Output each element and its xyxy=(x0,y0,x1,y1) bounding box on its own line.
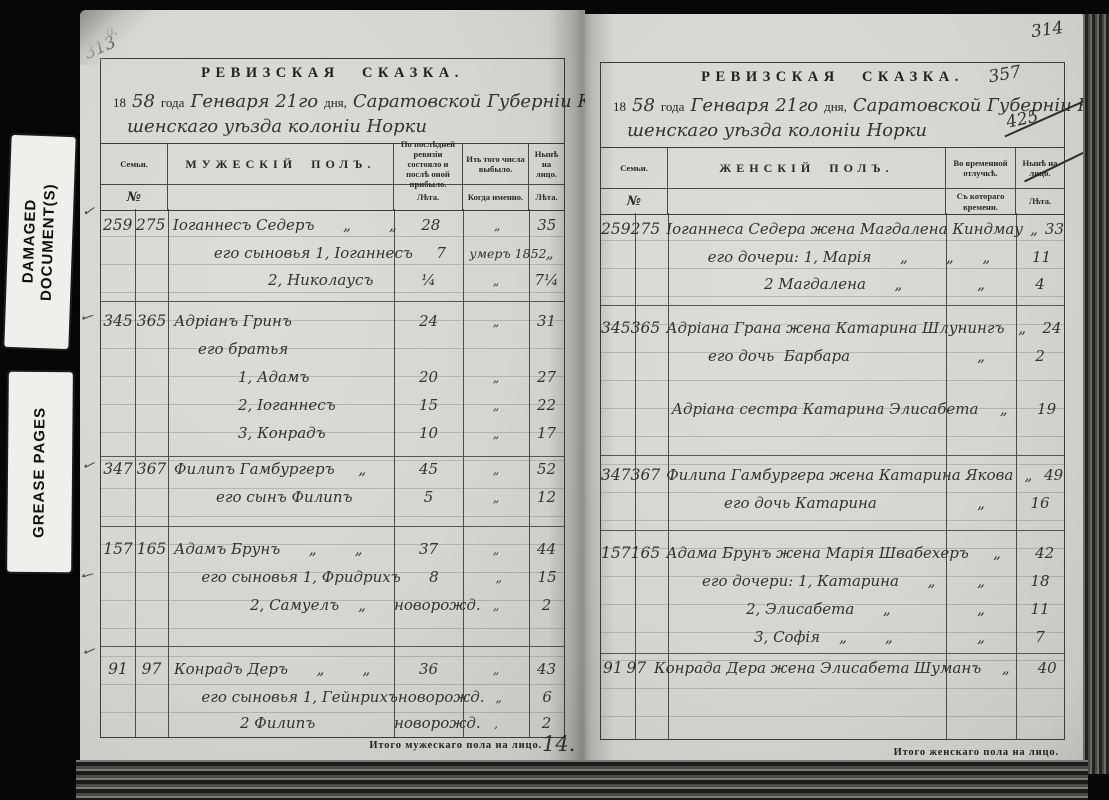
subheader-since-when: Съ котораго времени. xyxy=(946,189,1016,214)
group-separator-rule xyxy=(101,301,564,302)
record-row: его дочь Катарина„16 xyxy=(601,489,1064,517)
person-name: 3, Софія „ „ xyxy=(668,628,946,646)
header-departed: Изъ того числа выбыло. xyxy=(463,144,529,184)
left-page: 313 6. ✓ ✓ ✓ ✓ ✓ РЕВИЗСКАЯ СКАЗКА. 18 58… xyxy=(80,10,585,762)
departure-note: умеръ 1852 xyxy=(469,246,535,261)
departure-note: „ xyxy=(463,426,529,441)
record-row: 157165Адамъ Брунъ „ „37„44 xyxy=(101,535,564,563)
age-now: 2 xyxy=(529,714,564,732)
record-row: 9197Конрада Дера жена Элисабета Шуманъ„4… xyxy=(601,654,1064,682)
absence-note: „ xyxy=(946,600,1016,618)
check-mark: ✓ xyxy=(81,201,96,221)
handwritten-year: 58 xyxy=(632,95,655,116)
female-records-body: 259275Іоганнеса Седера жена Магдалена Ки… xyxy=(601,213,1064,739)
person-name: Адріана Грана жена Катарина Шлунингъ xyxy=(660,319,1004,337)
person-name: его братья xyxy=(168,340,394,358)
record-row: 347367Филипъ Гамбургеръ „45„52 xyxy=(101,455,564,483)
date-line: 18 58 года Генваря 21го дня, Саратовской… xyxy=(613,95,1058,121)
printed-year-prefix: 18 xyxy=(613,99,626,115)
person-name: Адамъ Брунъ „ „ xyxy=(168,540,394,558)
absence-note: „ xyxy=(946,347,1016,365)
record-row: 2, Элисабета „„11 xyxy=(601,595,1064,623)
check-mark: ✓ xyxy=(80,454,98,475)
departure-note: „ xyxy=(463,398,529,413)
age-now: 22 xyxy=(529,396,564,414)
absence-note: „ xyxy=(981,659,1030,677)
record-row: 259275Іоганнеса Седера жена Магдалена Ки… xyxy=(601,215,1064,243)
age-now: 43 xyxy=(529,660,564,678)
group-separator-rule xyxy=(601,455,1064,456)
person-name: 2, Самуелъ „ xyxy=(168,596,394,614)
departure-note: „ xyxy=(463,598,529,613)
person-name: Адріанъ Гринъ xyxy=(168,312,394,330)
person-name: 1, Адамъ xyxy=(168,368,394,386)
absence-note: „ xyxy=(1013,466,1043,484)
family-number-old: 347 xyxy=(601,466,631,484)
table-header: Семьи. ЖЕНСКІЙ ПОЛЪ. Во временной отлучк… xyxy=(601,147,1064,215)
age-now: 42 xyxy=(1025,544,1064,562)
departure-note: „ xyxy=(463,542,529,557)
subheader-number: № xyxy=(101,185,168,210)
absence-note: „ xyxy=(1023,220,1045,238)
family-number-old: 347 xyxy=(101,460,135,478)
record-row: его сыновья 1, Фридрихъ8„15 xyxy=(101,563,564,591)
header-family: Семьи. xyxy=(601,148,668,188)
person-name: 2, Николаусъ xyxy=(168,271,394,289)
check-mark: ✓ xyxy=(79,640,97,661)
age-now: 2 xyxy=(529,596,564,614)
age-now: 44 xyxy=(529,540,564,558)
person-name: его сыновья 1, Фридрихъ xyxy=(165,568,400,586)
age-now: 18 xyxy=(1016,572,1064,590)
person-name: его дочь Барбара xyxy=(668,347,946,365)
family-number-old: 91 xyxy=(601,659,625,677)
family-number-new: 367 xyxy=(135,460,168,478)
departure-note: „ xyxy=(467,570,530,585)
group-separator-rule xyxy=(101,646,564,647)
check-mark: ✓ xyxy=(77,306,96,328)
handwritten-year: 58 xyxy=(132,91,155,112)
subheader-number: № xyxy=(601,189,668,214)
handwritten-place-1: Саратовской Губерніи Камы- xyxy=(853,95,1109,116)
age-now: 49 xyxy=(1043,466,1064,484)
handwritten-place-2: шенскаго уѣзда колоніи Норки xyxy=(627,120,927,144)
record-row: 347367Филипа Гамбургера жена Катарина Як… xyxy=(601,461,1064,489)
record-row: 2 Филипъноворожд.,2 xyxy=(101,709,564,737)
age-at-last-revision: 5 xyxy=(394,488,463,506)
header-temporary-absence: Во временной отлучкѣ. xyxy=(946,148,1016,188)
age-at-last-revision: новорожд. xyxy=(394,596,463,614)
family-number-old: 91 xyxy=(101,660,135,678)
scanned-book-page: DAMAGED DOCUMENT(S) GREASE PAGES 313 6. … xyxy=(0,0,1109,800)
subheader-years-now: Лѣта. xyxy=(529,185,564,210)
age-now: 17 xyxy=(529,424,564,442)
printed-goda: года xyxy=(161,95,185,111)
date-line: 18 58 года Генваря 21го дня, Саратовской… xyxy=(113,91,558,117)
age-now: „ xyxy=(535,244,564,262)
age-now: 15 xyxy=(530,568,564,586)
record-row: его дочери: 1, Катарина „„18 xyxy=(601,567,1064,595)
header-now-present: Нынѣ на лицо. xyxy=(529,144,564,184)
subheader-blank xyxy=(668,189,946,214)
header-now-present: Нынѣ на лицо. xyxy=(1016,148,1064,188)
family-number-new: 367 xyxy=(631,466,661,484)
family-number-new: 275 xyxy=(631,220,661,238)
age-at-last-revision: 24 xyxy=(394,312,463,330)
record-row: 157165Адама Брунъ жена Марія Швабехеръ„4… xyxy=(601,539,1064,567)
grease-pages-tab: GREASE PAGES xyxy=(7,372,73,573)
person-name: его сыновья 1, Іоганнесъ xyxy=(156,244,413,262)
page-title: РЕВИЗСКАЯ СКАЗКА. xyxy=(101,65,564,82)
departure-note: „ xyxy=(463,490,529,505)
record-row: его братья xyxy=(101,335,564,363)
age-now: 2 xyxy=(1016,347,1064,365)
person-name: Іоганнеса Седера жена Магдалена Киндмау xyxy=(660,220,1023,238)
subheader-blank xyxy=(168,185,394,210)
age-now: 33 xyxy=(1045,220,1064,238)
departure-note: „ xyxy=(463,314,529,329)
female-total-label: Итого женскаго пола на лицо. xyxy=(847,747,1059,758)
absence-note: „ xyxy=(946,572,1016,590)
age-at-last-revision: 36 xyxy=(394,660,463,678)
person-name: Филипъ Гамбургеръ „ xyxy=(168,460,394,478)
family-number-new: 365 xyxy=(631,319,661,337)
book-page-edges-right xyxy=(1083,14,1109,774)
check-mark: ✓ xyxy=(77,564,97,586)
book-page-edges-bottom xyxy=(76,760,1088,800)
family-number-old: 259 xyxy=(101,216,134,234)
family-number-new: 365 xyxy=(135,312,168,330)
age-now: 19 xyxy=(1029,400,1064,418)
departure-note: , xyxy=(463,716,529,731)
person-name: Адама Брунъ жена Марія Швабехеръ xyxy=(660,544,969,562)
family-number-old: 157 xyxy=(101,540,135,558)
handwritten-place-2: шенскаго уѣзда колоніи Норки xyxy=(127,116,427,140)
age-at-last-revision: 10 xyxy=(394,424,463,442)
age-now: 11 xyxy=(1019,248,1064,266)
person-name: его дочери: 1, Марія „ „ xyxy=(664,248,954,266)
table-header: Семьи. МУЖЕСКІЙ ПОЛЪ. По послѣдней ревиз… xyxy=(101,143,564,211)
age-at-last-revision: 45 xyxy=(394,460,463,478)
age-at-last-revision: новорожд. xyxy=(394,714,463,732)
absence-note: „ xyxy=(946,494,1016,512)
group-separator-rule xyxy=(601,530,1064,531)
record-row: 345365Адріанъ Гринъ24„31 xyxy=(101,307,564,335)
record-row: 345365Адріана Грана жена Катарина Шлунин… xyxy=(601,314,1064,342)
person-name: 2 Филипъ xyxy=(168,714,394,732)
record-row: 2, Іоганнесъ15„22 xyxy=(101,391,564,419)
age-at-last-revision: 20 xyxy=(394,368,463,386)
record-row: 259275Іоганнесъ Седеръ „ „28„35 xyxy=(101,211,564,239)
female-revision-table: РЕВИЗСКАЯ СКАЗКА. 18 58 года Генваря 21г… xyxy=(600,62,1065,740)
record-row: его сынъ Филипъ5„12 xyxy=(101,483,564,511)
age-now: 31 xyxy=(529,312,564,330)
header-male-sex: МУЖЕСКІЙ ПОЛЪ. xyxy=(168,144,394,184)
handwritten-month-day: Генваря 21го xyxy=(190,91,318,112)
absence-note: „ xyxy=(1005,319,1040,337)
record-row: 2, Самуелъ „новорожд.„2 xyxy=(101,591,564,619)
departure-note: „ xyxy=(467,690,530,705)
departure-note: „ xyxy=(465,218,530,233)
person-name: его дочь Катарина xyxy=(668,494,946,512)
age-now: 40 xyxy=(1030,659,1064,677)
handwritten-month-day: Генваря 21го xyxy=(690,95,818,116)
person-name: Филипа Гамбургера жена Катарина Якова xyxy=(660,466,1013,484)
grease-pages-tab-label: GREASE PAGES xyxy=(30,406,50,537)
record-row: 9197Конрадъ Деръ „ „36„43 xyxy=(101,655,564,683)
family-number-old: 345 xyxy=(101,312,135,330)
record-row: его дочь Барбара„2 xyxy=(601,342,1064,370)
male-total-label: Итого мужескаго пола на лицо. xyxy=(330,740,542,751)
subheader-when: Когда именно. xyxy=(463,185,529,210)
age-at-last-revision: 8 xyxy=(401,568,467,586)
family-number-new: 97 xyxy=(625,659,648,677)
group-separator-rule xyxy=(601,305,1064,306)
age-now: 6 xyxy=(530,688,564,706)
person-name: Іоганнесъ Седеръ „ „ xyxy=(167,216,397,234)
record-row: его сыновья 1, Іоганнесъ7умеръ 1852„ xyxy=(101,239,564,267)
family-number-new: 275 xyxy=(134,216,166,234)
header-family: Семьи. xyxy=(101,144,168,184)
person-name: его сыновья 1, Гейнрихъ xyxy=(165,688,398,706)
departure-note: „ xyxy=(463,273,529,288)
absence-note: „ xyxy=(946,628,1016,646)
printed-year-prefix: 18 xyxy=(113,95,126,111)
age-at-last-revision: 15 xyxy=(394,396,463,414)
departure-note: „ xyxy=(463,662,529,677)
male-records-body: 259275Іоганнесъ Седеръ „ „28„35его сынов… xyxy=(101,209,564,737)
person-name: Адріана сестра Катарина Элисабета xyxy=(650,400,979,418)
absence-note: „ xyxy=(969,544,1025,562)
age-now: 24 xyxy=(1040,319,1064,337)
family-number-new: 165 xyxy=(135,540,168,558)
page-title: РЕВИЗСКАЯ СКАЗКА. xyxy=(601,69,1064,86)
departure-note: „ xyxy=(463,462,529,477)
age-at-last-revision: 7 xyxy=(413,244,470,262)
group-separator-rule xyxy=(101,526,564,527)
record-row: его сыновья 1, Гейнрихъноворожд.„6 xyxy=(101,683,564,711)
age-now: 16 xyxy=(1016,494,1064,512)
printed-goda: года xyxy=(661,99,685,115)
right-new-page-number: 314 xyxy=(1030,18,1065,42)
record-row: 3, Софія „ „„7 xyxy=(601,623,1064,651)
person-name: 3, Конрадъ xyxy=(168,424,394,442)
person-name: Конрада Дера жена Элисабета Шуманъ xyxy=(648,659,981,677)
record-row: 3, Конрадъ10„17 xyxy=(101,419,564,447)
age-now: 12 xyxy=(529,488,564,506)
record-row: Адріана сестра Катарина Элисабета„19 xyxy=(601,395,1064,423)
age-at-last-revision: новорожд. xyxy=(398,688,467,706)
person-name: Конрадъ Деръ „ „ xyxy=(168,660,394,678)
record-row: 1, Адамъ20„27 xyxy=(101,363,564,391)
damaged-documents-tab-label: DAMAGED DOCUMENT(S) xyxy=(19,183,61,302)
person-name: 2, Іоганнесъ xyxy=(168,396,394,414)
printed-dnya: дня, xyxy=(824,99,847,115)
absence-note: „ xyxy=(954,248,1019,266)
family-number-new: 165 xyxy=(631,544,661,562)
male-revision-table: РЕВИЗСКАЯ СКАЗКА. 18 58 года Генваря 21г… xyxy=(100,58,565,738)
age-now: 52 xyxy=(529,460,564,478)
age-at-last-revision: ¼ xyxy=(394,271,463,289)
person-name: 2, Элисабета „ xyxy=(668,600,946,618)
age-now: 7 xyxy=(1016,628,1064,646)
age-now: 4 xyxy=(1016,275,1064,293)
person-name: его сынъ Филипъ xyxy=(168,488,394,506)
family-number-old: 259 xyxy=(601,220,631,238)
age-now: 7¼ xyxy=(529,271,564,289)
header-previous-revision: По послѣдней ревизіи состояло и послѣ он… xyxy=(394,144,463,184)
printed-dnya: дня, xyxy=(324,95,347,111)
page-corner-curl xyxy=(80,10,150,65)
age-now: 35 xyxy=(530,216,564,234)
family-number-old: 345 xyxy=(601,319,631,337)
male-total-value: 14. xyxy=(542,732,575,756)
record-row: 2, Николаусъ¼„7¼ xyxy=(101,266,564,294)
record-row: его дочери: 1, Марія „ „„11 xyxy=(601,243,1064,271)
absence-note: „ xyxy=(946,275,1016,293)
person-name: его дочери: 1, Катарина „ xyxy=(668,572,946,590)
age-at-last-revision: 37 xyxy=(394,540,463,558)
age-now: 11 xyxy=(1016,600,1064,618)
departure-note: „ xyxy=(463,370,529,385)
right-page: 357 314 425 РЕВИЗСКАЯ СКАЗКА. 18 58 года… xyxy=(585,14,1085,762)
age-now: 27 xyxy=(529,368,564,386)
age-at-last-revision: 28 xyxy=(397,216,465,234)
subheader-years: Лѣта. xyxy=(394,185,463,210)
header-female-sex: ЖЕНСКІЙ ПОЛЪ. xyxy=(668,148,946,188)
family-number-new: 97 xyxy=(135,660,168,678)
damaged-documents-tab: DAMAGED DOCUMENT(S) xyxy=(4,135,75,349)
subheader-years: Лѣта. xyxy=(1016,189,1064,214)
family-number-old: 157 xyxy=(601,544,631,562)
person-name: 2 Магдалена „ xyxy=(668,275,946,293)
record-row: 2 Магдалена „„4 xyxy=(601,270,1064,298)
absence-note: „ xyxy=(978,400,1029,418)
